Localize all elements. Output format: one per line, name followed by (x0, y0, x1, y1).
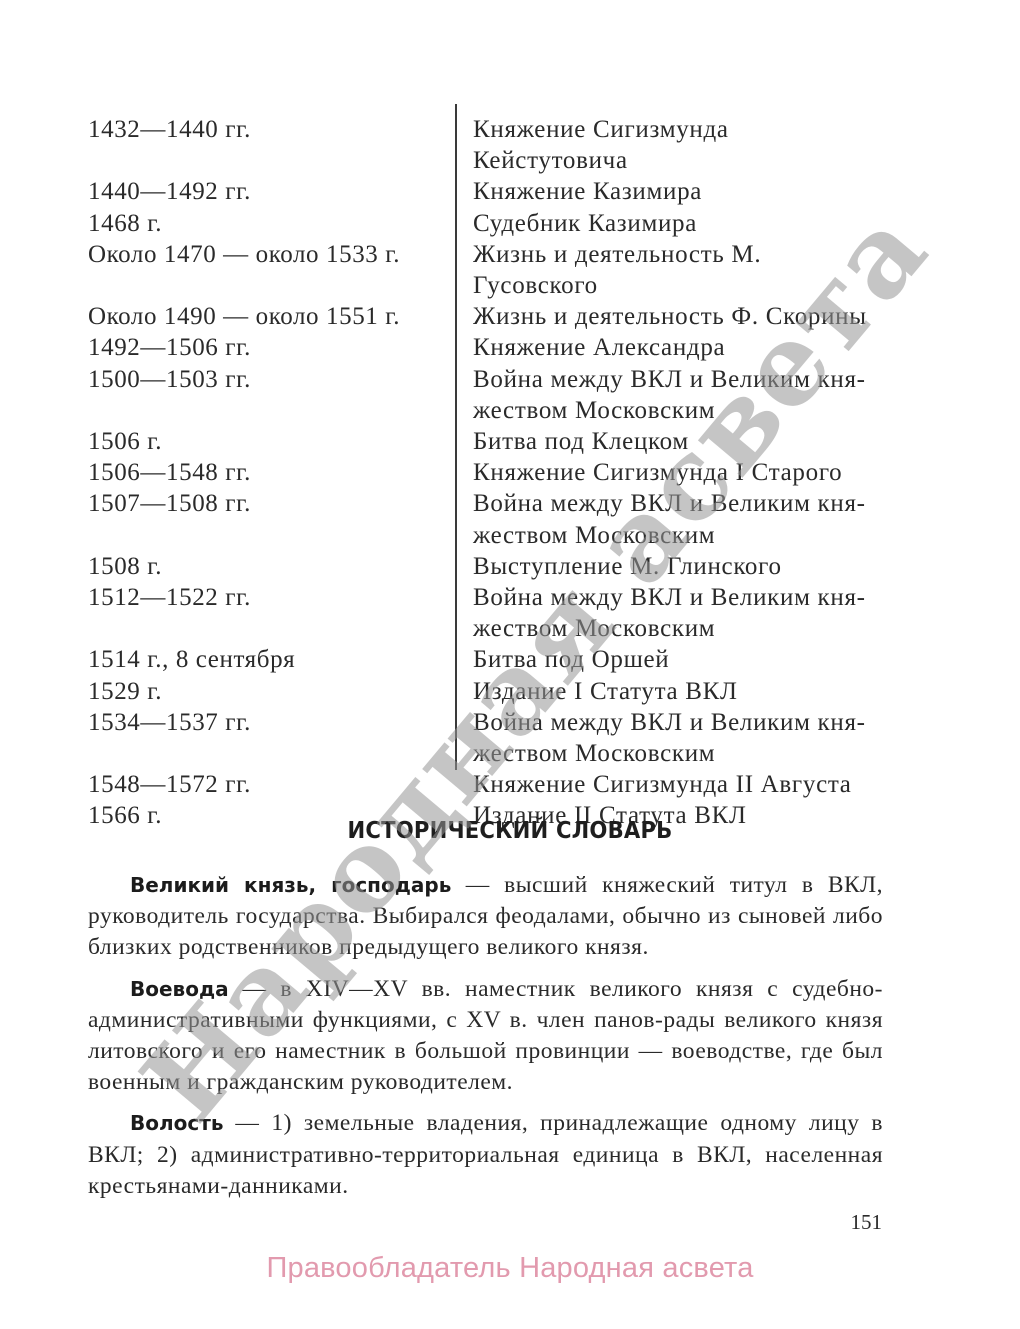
chronology-row: 1512—1522 гг.Война между ВКЛ и Великим к… (88, 582, 888, 644)
chronology-row: 1534—1537 гг.Война между ВКЛ и Великим к… (88, 707, 888, 769)
chronology-date: 1514 г., 8 сентября (88, 644, 473, 675)
chronology-date: 1440—1492 гг. (88, 176, 473, 207)
dictionary-term: Великий князь, господарь (130, 873, 451, 897)
chronology-date: 1468 г. (88, 208, 473, 239)
chronology-date: Около 1470 — около 1533 г. (88, 239, 473, 301)
chronology-table: 1432—1440 гг.Княжение Сигизмунда Кейстут… (88, 114, 888, 832)
chronology-date: 1506—1548 гг. (88, 457, 473, 488)
chronology-date: 1507—1508 гг. (88, 488, 473, 550)
dictionary-entry: Воевода — в XIV—XV вв. наместник великог… (88, 974, 883, 1099)
chronology-row: 1500—1503 гг.Война между ВКЛ и Великим к… (88, 364, 888, 426)
chronology-row: 1468 г.Судебник Казимира (88, 208, 888, 239)
chronology-row: 1514 г., 8 сентябряБитва под Оршей (88, 644, 888, 675)
chronology-row: 1506—1548 гг.Княжение Сигизмунда I Старо… (88, 457, 888, 488)
chronology-date: Около 1490 — около 1551 г. (88, 301, 473, 332)
chronology-date: 1506 г. (88, 426, 473, 457)
chronology-date: 1512—1522 гг. (88, 582, 473, 644)
chronology-row: 1440—1492 гг.Княжение Казимира (88, 176, 888, 207)
dictionary-term: Воевода (130, 977, 229, 1001)
chronology-date: 1529 г. (88, 676, 473, 707)
page-number: 151 (851, 1210, 883, 1235)
copyright-notice: Правообладатель Народная асвета (0, 1252, 1020, 1285)
chronology-event: Княжение Казимира (473, 176, 888, 207)
chronology-row: 1507—1508 гг.Война между ВКЛ и Великим к… (88, 488, 888, 550)
chronology-row: Около 1470 — около 1533 г.Жизнь и деятел… (88, 239, 888, 301)
chronology-row: 1492—1506 гг.Княжение Александра (88, 332, 888, 363)
historical-dictionary: Великий князь, господарь — высший княжес… (88, 870, 883, 1212)
chronology-row: 1529 г.Издание I Статута ВКЛ (88, 676, 888, 707)
chronology-row: 1506 г.Битва под Клецком (88, 426, 888, 457)
chronology-event: Княжение Александра (473, 332, 888, 363)
chronology-event: Издание I Статута ВКЛ (473, 676, 888, 707)
chronology-date: 1492—1506 гг. (88, 332, 473, 363)
chronology-row: 1432—1440 гг.Княжение Сигизмунда Кейстут… (88, 114, 888, 176)
chronology-date: 1500—1503 гг. (88, 364, 473, 426)
chronology-row: Около 1490 — около 1551 г.Жизнь и деятел… (88, 301, 888, 332)
chronology-event: Жизнь и деятельность М. Гусовского (473, 239, 888, 301)
chronology-event: Княжение Сигизмунда Кейстутовича (473, 114, 888, 176)
chronology-event: Война между ВКЛ и Великим кня- жеством М… (473, 364, 888, 426)
chronology-date: 1432—1440 гг. (88, 114, 473, 176)
chronology-date: 1534—1537 гг. (88, 707, 473, 769)
dictionary-entry: Великий князь, господарь — высший княжес… (88, 870, 883, 964)
chronology-event: Битва под Оршей (473, 644, 888, 675)
chronology-event: Война между ВКЛ и Великим кня- жеством М… (473, 582, 888, 644)
chronology-date: 1508 г. (88, 551, 473, 582)
chronology-event: Княжение Сигизмунда I Старого (473, 457, 888, 488)
dictionary-entry: Волость — 1) земельные владения, принадл… (88, 1108, 883, 1202)
section-heading: ИСТОРИЧЕСКИЙ СЛОВАРЬ (41, 818, 979, 844)
chronology-row: 1548—1572 гг.Княжение Сигизмунда II Авгу… (88, 769, 888, 800)
dictionary-term: Волость (130, 1111, 223, 1135)
chronology-event: Выступление М. Глинского (473, 551, 888, 582)
chronology-event: Война между ВКЛ и Великим кня- жеством М… (473, 707, 888, 769)
chronology-event: Княжение Сигизмунда II Августа (473, 769, 888, 800)
chronology-date: 1548—1572 гг. (88, 769, 473, 800)
book-page: 1432—1440 гг.Княжение Сигизмунда Кейстут… (0, 0, 1020, 1329)
chronology-event: Битва под Клецком (473, 426, 888, 457)
chronology-event: Война между ВКЛ и Великим кня- жеством М… (473, 488, 888, 550)
chronology-row: 1508 г.Выступление М. Глинского (88, 551, 888, 582)
chronology-event: Жизнь и деятельность Ф. Скорины (473, 301, 888, 332)
chronology-event: Судебник Казимира (473, 208, 888, 239)
